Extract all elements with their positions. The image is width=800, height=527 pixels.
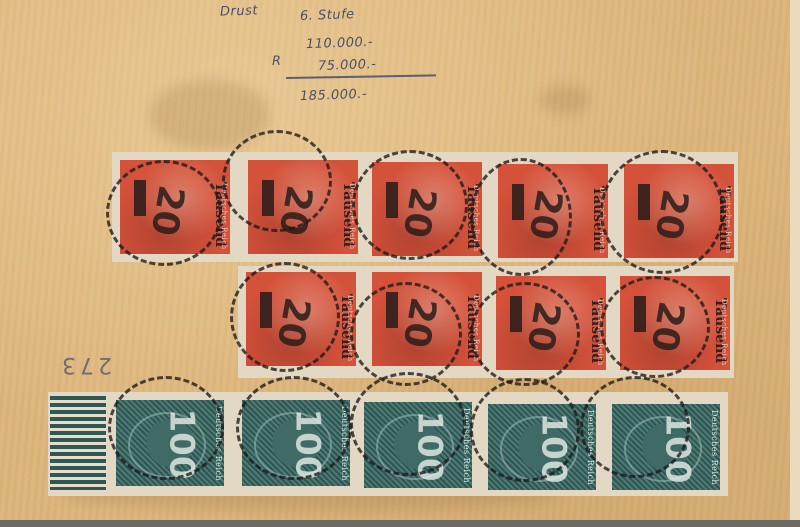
note-prefix-r: R [272,54,282,69]
sheet-margin-strip [50,396,106,490]
postmark-cancel [352,150,468,260]
postmark-cancel [230,262,340,372]
stamp-inscription: Deutsches Reich [710,410,719,485]
postmark-cancel [350,282,462,386]
postmark-cancel [470,158,572,276]
note-total: 185.000.- [300,87,368,104]
note-amount-1: 110.000.- [306,35,374,52]
stamp-inscription: Deutsches Reich [724,187,732,254]
scan-edge-bottom [0,520,800,527]
postmark-cancel [600,150,724,274]
stamp-inscription: Deutsches Reich [720,299,728,366]
postmark-cancel [600,276,710,378]
postmark-cancel [350,372,466,476]
stain [540,85,590,115]
postmark-cancel [470,282,580,386]
postmark-cancel [470,378,580,482]
postmark-cancel [580,376,690,478]
note-upside-number: 273 [58,352,112,377]
scan-edge-right [790,0,800,520]
postmark-cancel [222,130,332,232]
note-stufe: 6. Stufe [300,7,355,24]
postmark-cancel [108,376,224,480]
postmark-cancel [236,376,352,480]
postmark-cancel [106,160,222,266]
note-drust: Drust [220,3,258,19]
note-amount-2: 75.000.- [318,57,377,74]
